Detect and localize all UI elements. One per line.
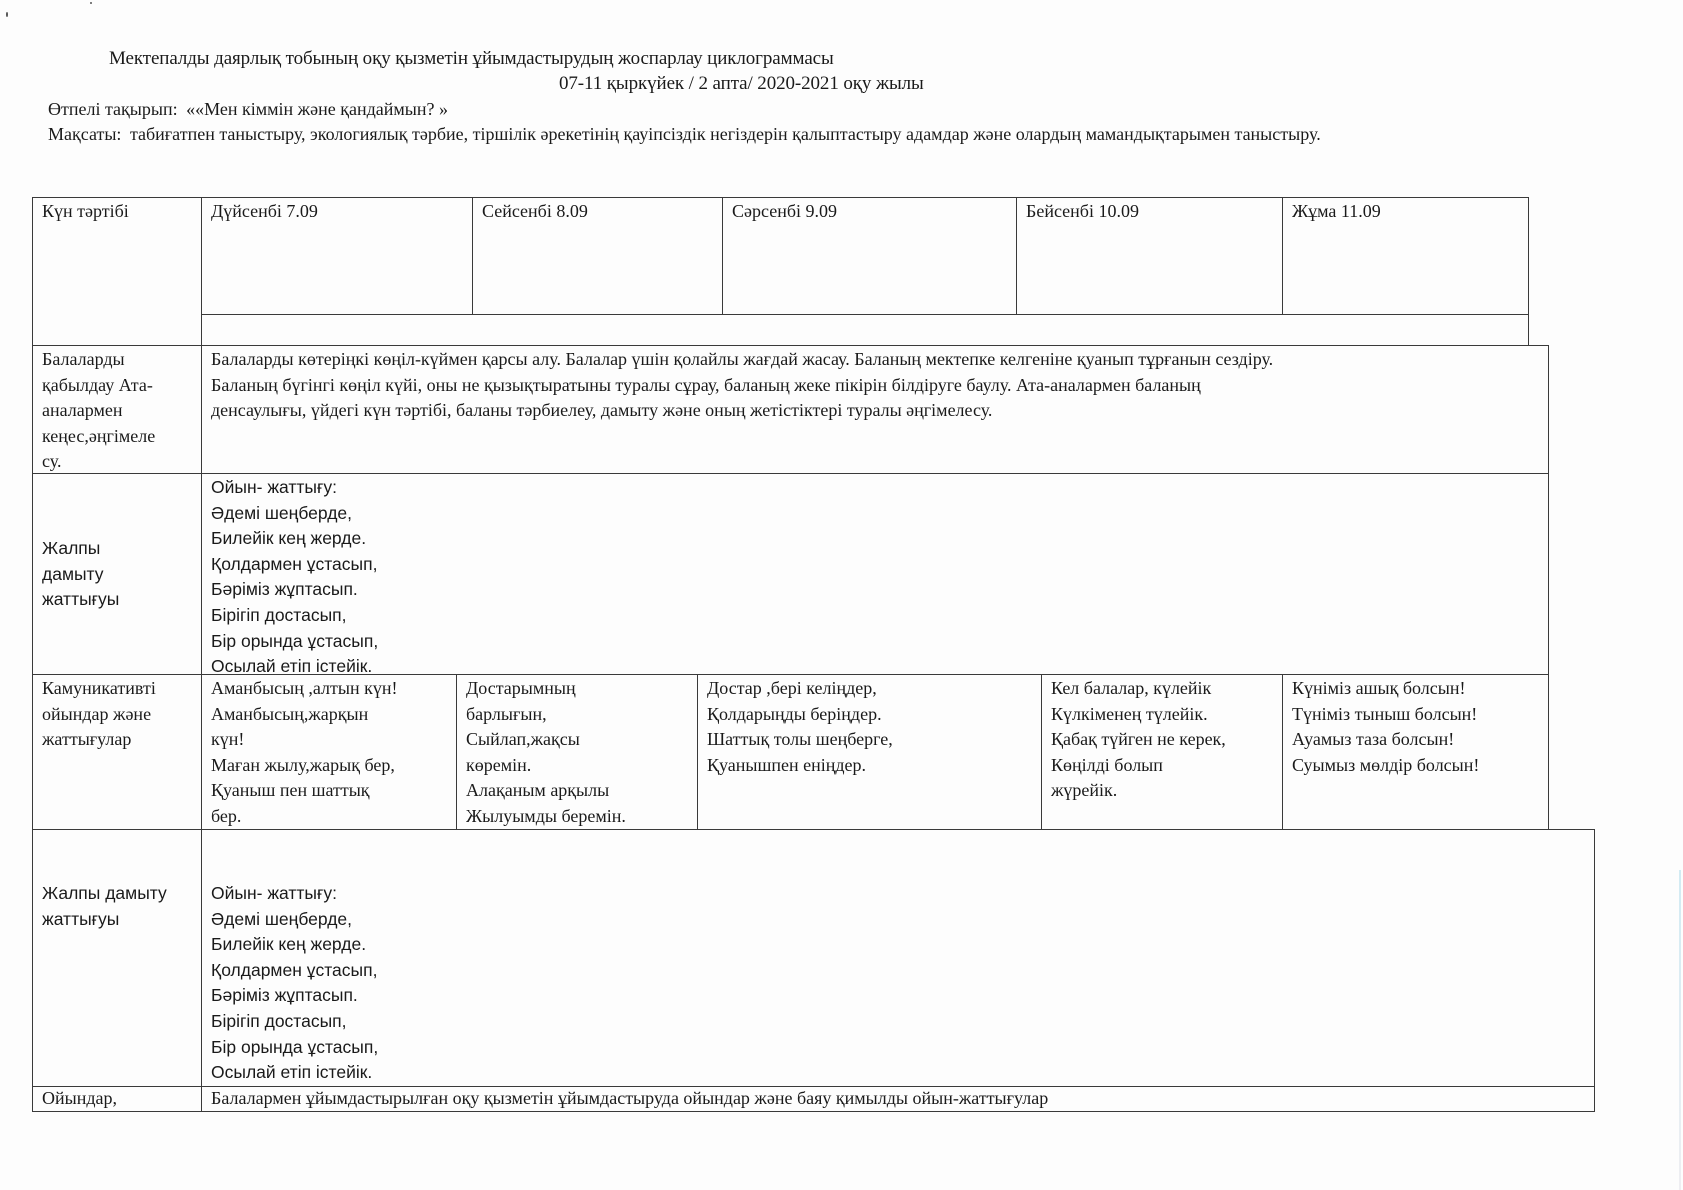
header-cell-friday: Жұма 11.09 [1282,197,1529,225]
row-games-label: Ойындар, [32,1084,201,1112]
goal-value: табиғатпен таныстыру, экологиялық тәрбие… [130,124,1321,144]
communicative-friday: Күніміз ашық болсын! Түніміз тыныш болсы… [1282,674,1549,778]
row-reception-content: Балаларды көтеріңкі көңіл-күймен қарсы а… [201,345,1549,424]
header-cell-wednesday: Сәрсенбі 9.09 [722,197,1016,225]
document-subtitle-dates: 07-11 қыркүйек / 2 апта/ 2020-2021 оқу ж… [559,73,924,95]
goal-label: Мақсаты: [48,124,121,144]
communicative-wednesday: Достар ,бері келіңдер, Қолдарыңды беріңд… [697,674,1041,778]
document-title: Мектепалды даярлық тобының оқу қызметін … [109,48,834,70]
row-exercise-1-content: Ойын- жаттығу: Әдемі шеңберде, Билейік к… [201,473,1549,680]
theme-label: Өтпелі тақырып: [48,99,178,119]
scan-edge-artifact [1679,870,1681,1190]
header-cell-thursday: Бейсенбі 10.09 [1016,197,1282,225]
row-exercise-2-content: Ойын- жаттығу: Әдемі шеңберде, Билейік к… [201,879,1595,1086]
communicative-thursday: Кел балалар, күлейік Күлкіменең түлейік.… [1041,674,1282,804]
communicative-monday: Аманбысың ,алтын күн! Аманбысың,жарқын к… [201,674,456,829]
row-exercise-2-label: Жалпы дамыту жаттығуы [32,879,201,932]
scan-speck [6,12,8,17]
row-games-content: Балалармен ұйымдастырылған оқу қызметін … [201,1084,1595,1112]
theme-line: Өтпелі тақырып: ««Мен кіммін және қандай… [48,99,448,120]
row-reception-label: Балаларды қабылдау Ата- аналармен кеңес,… [32,345,201,475]
goal-line: Мақсаты: табиғатпен таныстыру, экологиял… [48,124,1321,145]
row-communicative-label: Камуникативті ойындар және жаттығулар [32,674,201,753]
scan-speck [90,2,92,4]
header-cell-monday: Дүйсенбі 7.09 [201,197,472,225]
row-exercise-1-label: Жалпы дамыту жаттығуы [32,534,201,613]
header-cell-tuesday: Сейсенбі 8.09 [472,197,722,225]
theme-value: ««Мен кіммін және қандаймын? » [186,99,448,119]
communicative-tuesday: Достарымның барлығын, Сыйлап,жақсы көрем… [456,674,697,829]
header-cell-schedule: Күн тәртібі [32,197,201,225]
